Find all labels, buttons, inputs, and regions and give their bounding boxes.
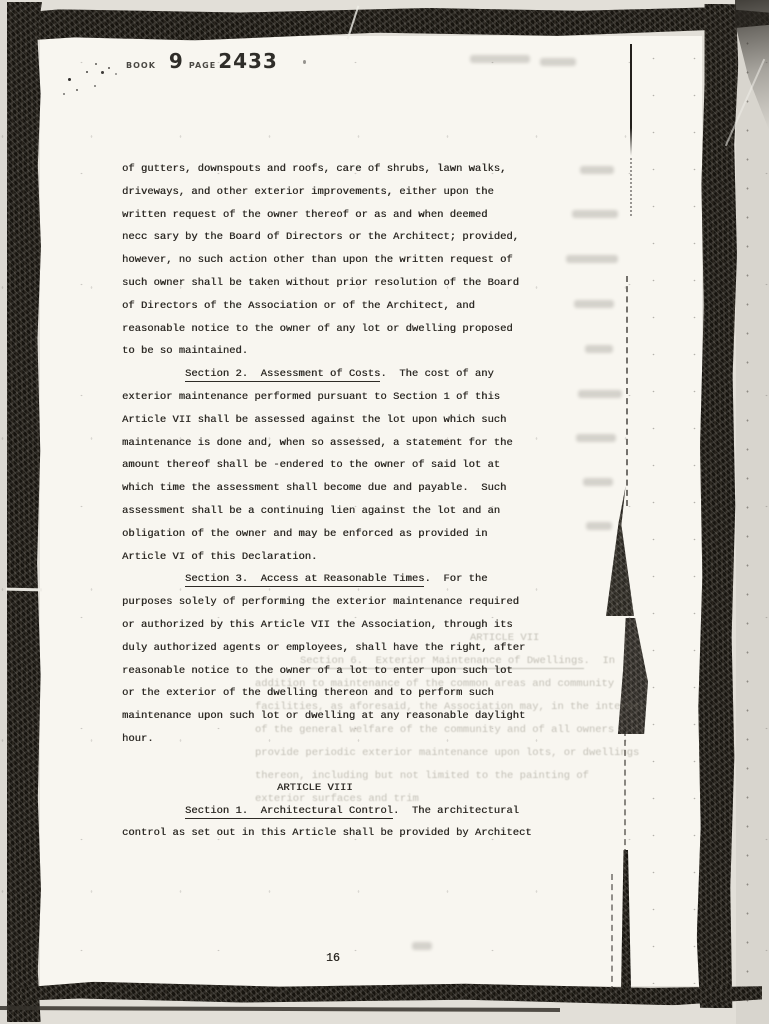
text-line: or authorized by this Article VII the As… bbox=[122, 614, 642, 637]
text-line: hour. bbox=[122, 728, 642, 751]
text-line: control as set out in this Article shall… bbox=[122, 822, 642, 845]
text-line: amount thereof shall be -endered to the … bbox=[122, 454, 642, 477]
book-number: 9 bbox=[169, 49, 184, 73]
ink-dot bbox=[95, 63, 97, 65]
bleedthrough-smudge bbox=[412, 942, 432, 950]
section-heading-line: Section 3. Access at Reasonable Times. F… bbox=[122, 568, 642, 591]
text-line: of Directors of the Association or of th… bbox=[122, 295, 642, 318]
text-line: reasonable notice to the owner of any lo… bbox=[122, 318, 642, 341]
book-page-stamp: BOOK 9 PAGE 2433 bbox=[126, 49, 278, 73]
text-line: reasonable notice to the owner of a lot … bbox=[122, 660, 642, 683]
text-line: duly authorized agents or employees, sha… bbox=[122, 637, 642, 660]
text-line: necc sary by the Board of Directors or t… bbox=[122, 226, 642, 249]
text-line: ARTICLE VIII bbox=[122, 777, 642, 800]
ink-streak-thin bbox=[611, 874, 613, 992]
text-line: or the exterior of the dwelling thereon … bbox=[122, 682, 642, 705]
bleedthrough-smudge bbox=[540, 58, 576, 66]
page-stamp-number: 2433 bbox=[218, 49, 278, 73]
text-line: maintenance is done and, when so assesse… bbox=[122, 432, 642, 455]
scan-border-bottom-thin bbox=[0, 1006, 560, 1012]
document-text: of gutters, downspouts and roofs, care o… bbox=[122, 158, 642, 845]
page-edge-line bbox=[630, 44, 632, 156]
section-heading: Section 3. Access at Reasonable Times bbox=[185, 573, 424, 587]
section-heading-line: Section 1. Architectural Control. The ar… bbox=[122, 800, 642, 823]
ink-dot bbox=[115, 73, 117, 75]
scan-border-left bbox=[7, 2, 42, 1022]
ink-dot bbox=[86, 71, 88, 73]
section-heading: Section 2. Assessment of Costs bbox=[185, 368, 380, 382]
text-line: Article VI of this Declaration. bbox=[122, 546, 642, 569]
text-line: written request of the owner thereof or … bbox=[122, 204, 642, 227]
ink-dot bbox=[68, 78, 71, 81]
ink-dot bbox=[63, 93, 65, 95]
ink-dot bbox=[108, 67, 110, 69]
scan-border-right bbox=[696, 4, 738, 1008]
text-line: purposes solely of performing the exteri… bbox=[122, 591, 642, 614]
ink-dot bbox=[101, 71, 104, 74]
page-number: 16 bbox=[326, 952, 340, 965]
text-line: however, no such action other than upon … bbox=[122, 249, 642, 272]
ink-dot bbox=[94, 85, 96, 87]
section-heading-line: Section 2. Assessment of Costs. The cost… bbox=[122, 363, 642, 386]
scanned-document-page: ARTICLE VIISection 6. Exterior Maintenan… bbox=[0, 0, 769, 1024]
text-line: of gutters, downspouts and roofs, care o… bbox=[122, 158, 642, 181]
text-line: Article VII shall be assessed against th… bbox=[122, 409, 642, 432]
text-line: exterior maintenance performed pursuant … bbox=[122, 386, 642, 409]
paper-right-margin bbox=[633, 40, 701, 984]
text-line: driveways, and other exterior improvemen… bbox=[122, 181, 642, 204]
text-line: obligation of the owner and may be enfor… bbox=[122, 523, 642, 546]
ink-dot bbox=[76, 89, 78, 91]
page-label: PAGE bbox=[189, 61, 216, 70]
text-line: maintenance upon such lot or dwelling at… bbox=[122, 705, 642, 728]
ink-dot bbox=[303, 60, 306, 64]
text-line: assessment shall be a continuing lien ag… bbox=[122, 500, 642, 523]
text-line: to be so maintained. bbox=[122, 340, 642, 363]
bleedthrough-smudge bbox=[470, 55, 530, 63]
scan-right-edge bbox=[736, 0, 769, 1024]
text-line: which time the assessment shall become d… bbox=[122, 477, 642, 500]
scan-left-edge bbox=[0, 0, 7, 1024]
blank-line bbox=[122, 751, 642, 777]
book-label: BOOK bbox=[126, 61, 156, 70]
scratch-mark bbox=[6, 588, 42, 592]
text-line: such owner shall be taken without prior … bbox=[122, 272, 642, 295]
section-heading: Section 1. Architectural Control bbox=[185, 805, 393, 819]
